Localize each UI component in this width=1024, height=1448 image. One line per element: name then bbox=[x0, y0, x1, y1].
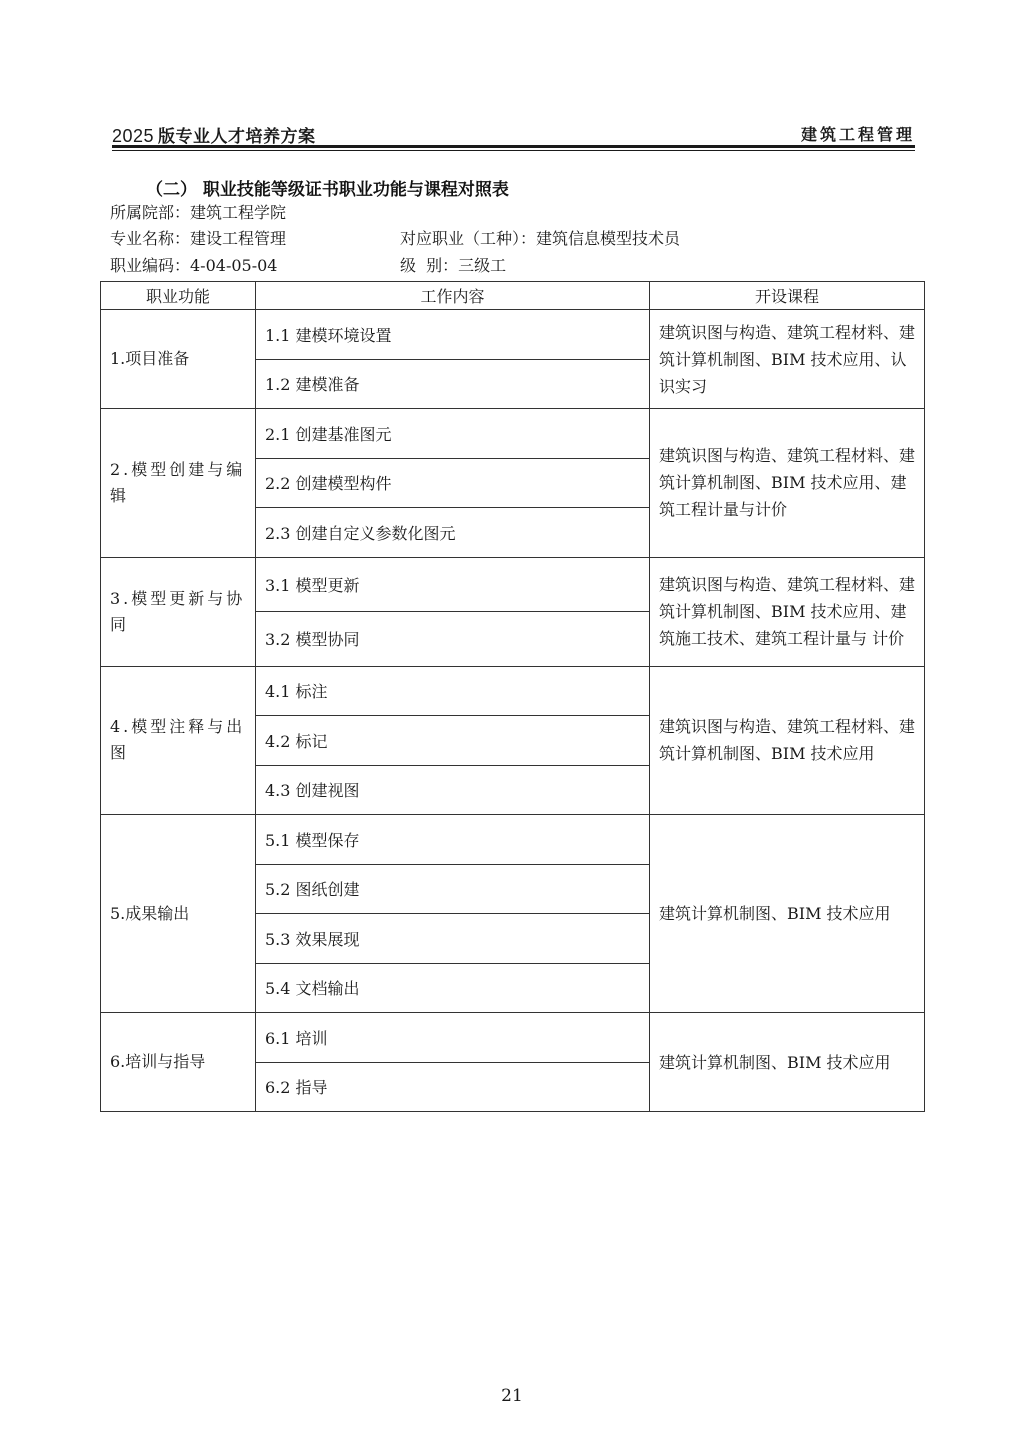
header-function: 职业功能 bbox=[101, 282, 256, 310]
course-cell: 建筑识图与构造、建筑工程材料、建筑计算机制图、BIM 技术应用、建筑工程计量与计… bbox=[650, 409, 925, 558]
function-course-table: 职业功能 工作内容 开设课程 1.项目准备 1.1 建模环境设置 建筑识图与构造… bbox=[100, 281, 925, 1112]
task-cell: 4.3 创建视图 bbox=[256, 765, 650, 815]
task-cell: 4.2 标记 bbox=[256, 716, 650, 766]
task-cell: 6.2 指导 bbox=[256, 1062, 650, 1112]
task-cell: 5.4 文档输出 bbox=[256, 963, 650, 1013]
course-cell: 建筑识图与构造、建筑工程材料、建筑计算机制图、BIM 技术应用 bbox=[650, 666, 925, 815]
table-header-row: 职业功能 工作内容 开设课程 bbox=[101, 282, 925, 310]
task-cell: 5.1 模型保存 bbox=[256, 815, 650, 865]
info-major: 专业名称：建设工程管理 bbox=[110, 228, 286, 250]
task-cell: 4.1 标注 bbox=[256, 666, 650, 716]
course-cell: 建筑计算机制图、BIM 技术应用 bbox=[650, 1013, 925, 1112]
header-right-title: 建筑工程管理 bbox=[801, 122, 915, 145]
info-department: 所属院部：建筑工程学院 bbox=[110, 202, 286, 224]
task-cell: 2.3 创建自定义参数化图元 bbox=[256, 508, 650, 558]
header-year: 2025 bbox=[112, 126, 154, 146]
header-left: 2025版专业人才培养方案 bbox=[112, 122, 316, 147]
task-cell: 2.1 创建基准图元 bbox=[256, 409, 650, 459]
function-cell: 5.成果输出 bbox=[101, 815, 256, 1013]
course-cell: 建筑识图与构造、建筑工程材料、建筑计算机制图、BIM 技术应用、认识实习 bbox=[650, 310, 925, 409]
task-cell: 6.1 培训 bbox=[256, 1013, 650, 1063]
info-level: 级 别：三级工 bbox=[400, 255, 506, 277]
function-cell: 3.模型更新与协同 bbox=[101, 557, 256, 666]
header-courses: 开设课程 bbox=[650, 282, 925, 310]
task-cell: 3.2 模型协同 bbox=[256, 612, 650, 667]
table-row: 1.项目准备 1.1 建模环境设置 建筑识图与构造、建筑工程材料、建筑计算机制图… bbox=[101, 310, 925, 360]
table-row: 6.培训与指导 6.1 培训 建筑计算机制图、BIM 技术应用 bbox=[101, 1013, 925, 1063]
task-cell: 1.2 建模准备 bbox=[256, 359, 650, 409]
table-row: 4.模型注释与出图 4.1 标注 建筑识图与构造、建筑工程材料、建筑计算机制图、… bbox=[101, 666, 925, 716]
header-rule-thick bbox=[112, 145, 915, 148]
page-number: 21 bbox=[0, 1386, 1024, 1406]
task-cell: 5.3 效果展现 bbox=[256, 914, 650, 964]
table-row: 5.成果输出 5.1 模型保存 建筑计算机制图、BIM 技术应用 bbox=[101, 815, 925, 865]
header-work-content: 工作内容 bbox=[256, 282, 650, 310]
running-header: 2025版专业人才培养方案 建筑工程管理 bbox=[112, 122, 915, 144]
function-cell: 4.模型注释与出图 bbox=[101, 666, 256, 815]
function-cell: 6.培训与指导 bbox=[101, 1013, 256, 1112]
task-cell: 2.2 创建模型构件 bbox=[256, 458, 650, 508]
task-cell: 5.2 图纸创建 bbox=[256, 864, 650, 914]
function-cell: 2.模型创建与编辑 bbox=[101, 409, 256, 558]
info-code: 职业编码：4-04-05-04 bbox=[110, 255, 277, 277]
header-left-title: 版专业人才培养方案 bbox=[158, 127, 316, 147]
task-cell: 1.1 建模环境设置 bbox=[256, 310, 650, 360]
table-row: 3.模型更新与协同 3.1 模型更新 建筑识图与构造、建筑工程材料、建筑计算机制… bbox=[101, 557, 925, 612]
info-occupation: 对应职业（工种）：建筑信息模型技术员 bbox=[400, 228, 680, 250]
function-cell: 1.项目准备 bbox=[101, 310, 256, 409]
section-title: （二） 职业技能等级证书职业功能与课程对照表 bbox=[146, 175, 509, 200]
course-cell: 建筑识图与构造、建筑工程材料、建筑计算机制图、BIM 技术应用、建筑施工技术、建… bbox=[650, 557, 925, 666]
table-row: 2.模型创建与编辑 2.1 创建基准图元 建筑识图与构造、建筑工程材料、建筑计算… bbox=[101, 409, 925, 459]
course-cell: 建筑计算机制图、BIM 技术应用 bbox=[650, 815, 925, 1013]
task-cell: 3.1 模型更新 bbox=[256, 557, 650, 612]
header-rule-thin bbox=[112, 150, 915, 151]
